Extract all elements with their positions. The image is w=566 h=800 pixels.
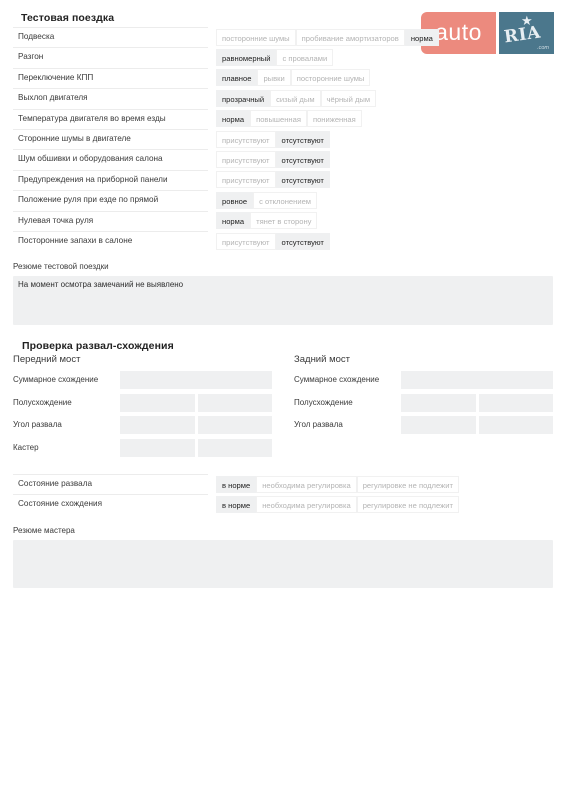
option-chip[interactable]: чёрный дым (321, 90, 377, 107)
axle-field-label: Суммарное схождение (13, 375, 98, 384)
option-group: норматянет в сторону (216, 212, 317, 229)
option-chip[interactable]: пробивание амортизаторов (296, 29, 405, 46)
option-chip-selected[interactable]: норма (405, 29, 439, 46)
option-chip-selected[interactable]: отсутствуют (276, 233, 330, 250)
axle-value-input[interactable] (198, 394, 273, 412)
axle-field-label: Полусхождение (13, 398, 72, 407)
option-chip-selected[interactable]: норма (216, 212, 250, 229)
row-label: Нулевая точка руля (18, 216, 93, 225)
option-chip-selected[interactable]: норма (216, 110, 250, 127)
row-label: Переключение КПП (18, 73, 93, 82)
option-chip-selected[interactable]: равномерный (216, 49, 276, 66)
option-group: равномерныйс провалами (216, 49, 333, 66)
option-group: плавноерывкипосторонние шумы (216, 69, 370, 86)
option-group: присутствуютотсутствуют (216, 171, 330, 188)
axle-value-input[interactable] (198, 416, 273, 434)
axle-field-label: Угол развала (294, 420, 343, 429)
form-row: Переключение КПП (13, 68, 208, 88)
front-axle-title: Передний мост (13, 354, 80, 365)
option-chip[interactable]: посторонние шумы (291, 69, 371, 86)
form-row: Состояние схождения (13, 494, 208, 514)
master-summary-label: Резюме мастера (13, 526, 75, 535)
row-label: Состояние развала (18, 479, 92, 488)
axle-value-input[interactable] (120, 371, 272, 389)
axle-value-input[interactable] (479, 394, 554, 412)
ria-logo-text: RIA (503, 23, 542, 48)
row-label: Посторонние запахи в салоне (18, 236, 132, 245)
row-label: Положение руля при езде по прямой (18, 195, 158, 204)
row-label: Температура двигателя во время езды (18, 114, 166, 123)
option-group: присутствуютотсутствуют (216, 233, 330, 250)
axle-value-input[interactable] (198, 439, 273, 457)
option-chip[interactable]: с отклонением (253, 192, 317, 209)
axle-field-label: Суммарное схождение (294, 375, 379, 384)
option-chip[interactable]: регулировке не подлежит (357, 496, 459, 513)
axle-value-input[interactable] (401, 394, 476, 412)
form-row: Сторонние шумы в двигателе (13, 129, 208, 149)
option-chip[interactable]: посторонние шумы (216, 29, 296, 46)
row-label: Выхлоп двигателя (18, 93, 88, 102)
form-row: Посторонние запахи в салоне (13, 231, 208, 251)
option-chip-selected[interactable]: плавное (216, 69, 257, 86)
option-group: присутствуютотсутствуют (216, 131, 330, 148)
rear-axle-title: Задний мост (294, 354, 350, 365)
form-row: Шум обшивки и оборудования салона (13, 149, 208, 169)
form-row: Предупреждения на приборной панели (13, 170, 208, 190)
axle-value-input[interactable] (479, 416, 554, 434)
row-label: Предупреждения на приборной панели (18, 175, 168, 184)
option-chip[interactable]: пониженная (307, 110, 362, 127)
axle-value-input[interactable] (401, 416, 476, 434)
form-row: Разгон (13, 47, 208, 67)
form-row: Нулевая точка руля (13, 211, 208, 231)
option-chip[interactable]: присутствуют (216, 151, 276, 168)
option-group: присутствуютотсутствуют (216, 151, 330, 168)
test-drive-summary-label: Резюме тестовой поездки (13, 262, 109, 271)
form-row: Состояние развала (13, 474, 208, 494)
option-chip[interactable]: необходима регулировка (256, 476, 356, 493)
axle-value-input[interactable] (120, 394, 195, 412)
form-row: Подвеска (13, 27, 208, 47)
option-chip[interactable]: сизый дым (270, 90, 320, 107)
row-label: Сторонние шумы в двигателе (18, 134, 131, 143)
form-row: Температура двигателя во время езды (13, 109, 208, 129)
option-chip-selected[interactable]: отсутствуют (276, 151, 330, 168)
option-group: в норменеобходима регулировкарегулировке… (216, 496, 459, 513)
option-group: прозрачныйсизый дымчёрный дым (216, 90, 376, 107)
option-chip-selected[interactable]: ровное (216, 192, 253, 209)
test-drive-summary-textarea[interactable]: На момент осмотра замечаний не выявлено (13, 276, 553, 325)
option-chip[interactable]: присутствуют (216, 233, 276, 250)
axle-field-label: Кастер (13, 443, 39, 452)
test-drive-title: Тестовая поездка (21, 12, 114, 24)
option-chip[interactable]: тянет в сторону (250, 212, 317, 229)
row-label: Состояние схождения (18, 499, 102, 508)
axle-value-input[interactable] (120, 416, 195, 434)
axle-field-label: Угол развала (13, 420, 62, 429)
option-chip-selected[interactable]: отсутствуют (276, 171, 330, 188)
alignment-title: Проверка развал-схождения (22, 340, 174, 352)
option-chip[interactable]: повышенная (250, 110, 307, 127)
master-summary-textarea[interactable] (13, 540, 553, 588)
option-chip[interactable]: с провалами (276, 49, 333, 66)
option-group: нормаповышеннаяпониженная (216, 110, 362, 127)
axle-value-input[interactable] (120, 439, 195, 457)
option-chip-selected[interactable]: в норме (216, 476, 256, 493)
autoria-logo-ria: ★ RIA .com (499, 12, 554, 54)
row-label: Разгон (18, 52, 43, 61)
option-group: посторонние шумыпробивание амортизаторов… (216, 29, 439, 46)
axle-value-input[interactable] (401, 371, 553, 389)
option-chip-selected[interactable]: прозрачный (216, 90, 270, 107)
option-chip[interactable]: необходима регулировка (256, 496, 356, 513)
axle-field-label: Полусхождение (294, 398, 353, 407)
form-row: Положение руля при езде по прямой (13, 190, 208, 210)
option-group: в норменеобходима регулировкарегулировке… (216, 476, 459, 493)
option-chip[interactable]: рывки (257, 69, 290, 86)
option-chip[interactable]: присутствуют (216, 171, 276, 188)
option-chip[interactable]: регулировке не подлежит (357, 476, 459, 493)
row-label: Шум обшивки и оборудования салона (18, 154, 163, 163)
option-chip-selected[interactable]: в норме (216, 496, 256, 513)
option-group: ровноес отклонением (216, 192, 317, 209)
option-chip[interactable]: присутствуют (216, 131, 276, 148)
row-label: Подвеска (18, 32, 54, 41)
option-chip-selected[interactable]: отсутствуют (276, 131, 330, 148)
ria-logo-suffix: .com (537, 45, 549, 51)
form-row: Выхлоп двигателя (13, 88, 208, 108)
